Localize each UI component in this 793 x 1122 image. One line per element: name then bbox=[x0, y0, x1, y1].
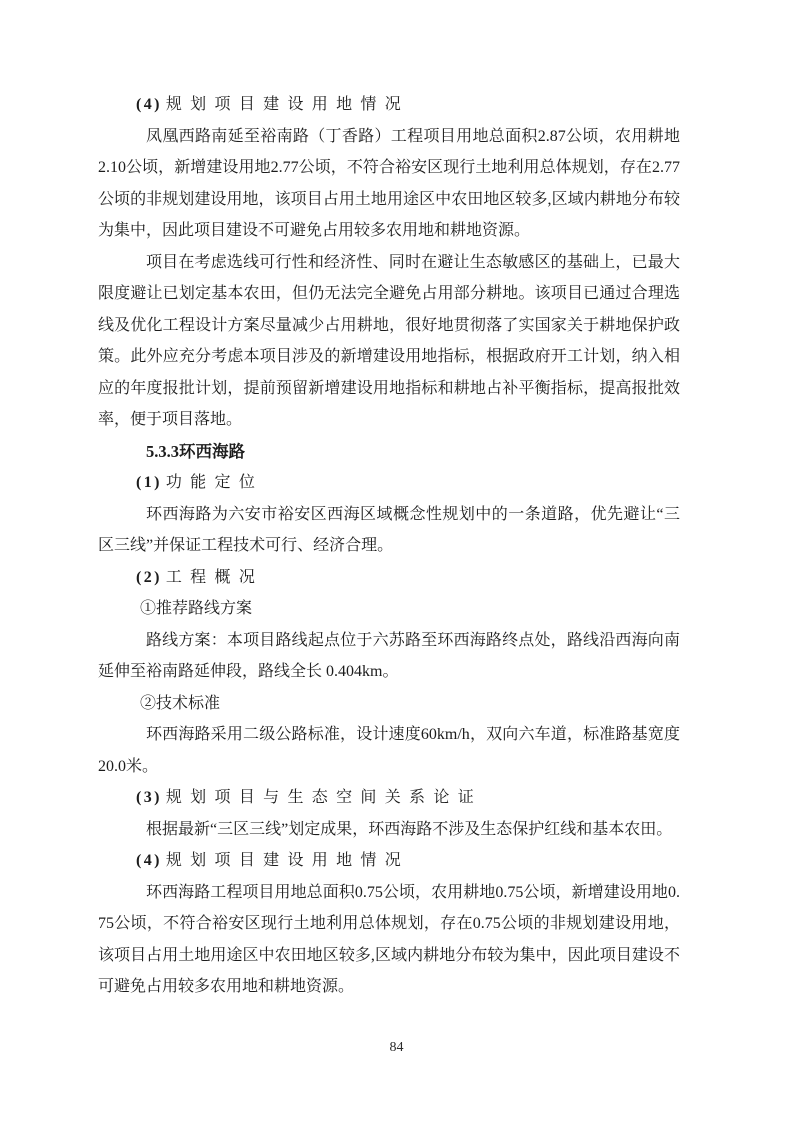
paragraph: 环西海路工程项目用地总面积0.75公顷，农用耕地0.75公顷，新增建设用地0.7… bbox=[98, 877, 680, 1003]
list-item-heading: ①推荐路线方案 bbox=[98, 593, 680, 625]
heading-text: 规划项目建设用地情况 bbox=[166, 96, 409, 113]
heading-number: (4) bbox=[136, 96, 162, 113]
heading-number: (3) bbox=[136, 789, 162, 806]
sub-section-heading: (4)规划项目建设用地情况 bbox=[98, 845, 680, 877]
sub-section-heading: (2)工程概况 bbox=[98, 562, 680, 594]
section-heading: 5.3.3环西海路 bbox=[98, 436, 680, 468]
paragraph: 凤凰西路南延至裕南路（丁香路）工程项目用地总面积2.87公顷，农用耕地2.10公… bbox=[98, 121, 680, 247]
paragraph: 项目在考虑选线可行性和经济性、同时在避让生态敏感区的基础上，已最大限度避让已划定… bbox=[98, 247, 680, 436]
paragraph: 根据最新“三区三线”划定成果，环西海路不涉及生态保护红线和基本农田。 bbox=[98, 814, 680, 846]
heading-text: 工程概况 bbox=[166, 569, 263, 586]
document-body: (4)规划项目建设用地情况凤凰西路南延至裕南路（丁香路）工程项目用地总面积2.8… bbox=[98, 89, 680, 1003]
heading-text: 规划项目建设用地情况 bbox=[166, 852, 409, 869]
heading-text: 功能定位 bbox=[166, 474, 263, 491]
paragraph: 环西海路采用二级公路标准，设计速度60km/h，双向六车道，标准路基宽度20.0… bbox=[98, 719, 680, 782]
page-number: 84 bbox=[0, 1038, 793, 1058]
paragraph: 环西海路为六安市裕安区西海区域概念性规划中的一条道路，优先避让“三区三线”并保证… bbox=[98, 499, 680, 562]
heading-number: (2) bbox=[136, 569, 162, 586]
paragraph: 路线方案：本项目路线起点位于六苏路至环西海路终点处，路线沿西海向南延伸至裕南路延… bbox=[98, 625, 680, 688]
heading-text: 规划项目与生态空间关系论证 bbox=[166, 789, 482, 806]
sub-section-heading: (1)功能定位 bbox=[98, 467, 680, 499]
heading-number: (1) bbox=[136, 474, 162, 491]
list-item-heading: ②技术标准 bbox=[98, 688, 680, 720]
heading-number: (4) bbox=[136, 852, 162, 869]
document-page: (4)规划项目建设用地情况凤凰西路南延至裕南路（丁香路）工程项目用地总面积2.8… bbox=[0, 0, 793, 1122]
sub-section-heading: (4)规划项目建设用地情况 bbox=[98, 89, 680, 121]
sub-section-heading: (3)规划项目与生态空间关系论证 bbox=[98, 782, 680, 814]
